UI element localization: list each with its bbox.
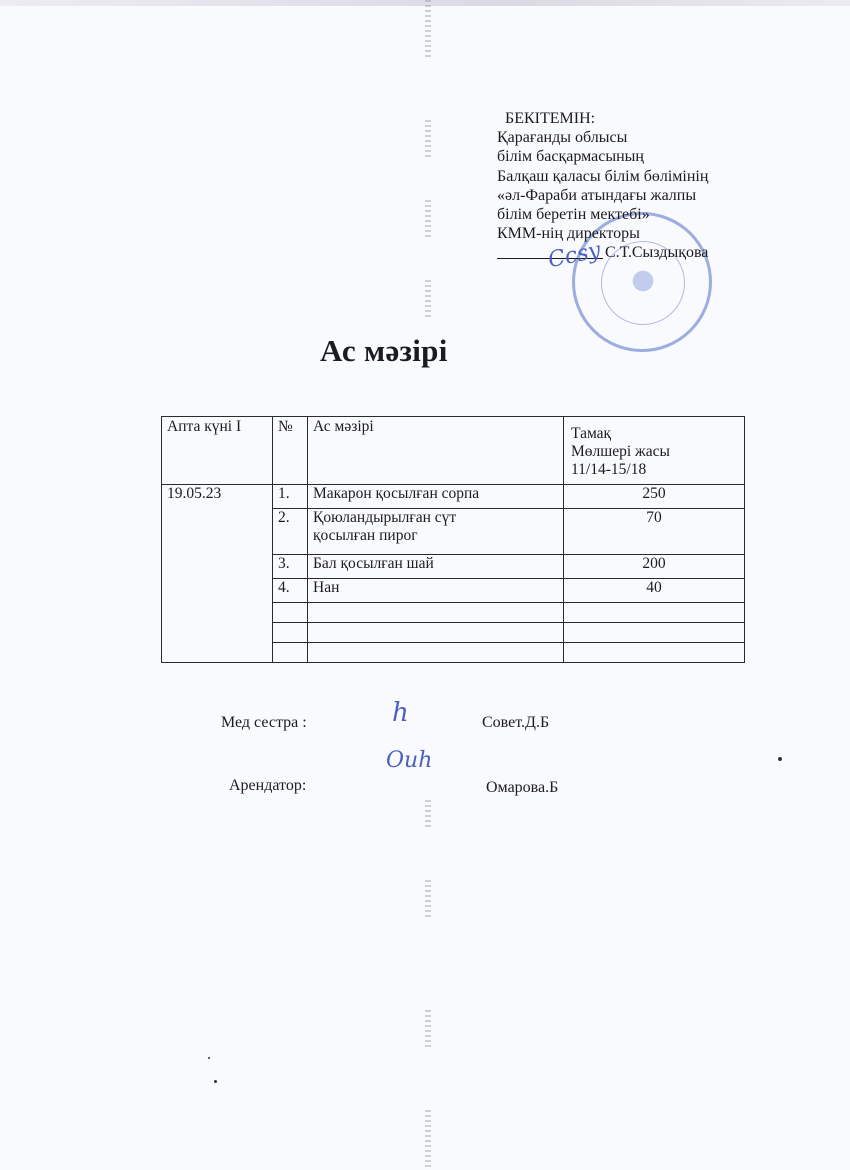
binding-marks [425,0,431,60]
binding-marks [425,280,431,320]
emblem-icon [625,263,661,299]
empty-cell [308,623,564,643]
empty-cell [273,643,308,663]
row-number: 4. [273,579,308,603]
approval-line: білім беретін мектебі» [497,205,708,224]
dish-name: Қоюландырылған сүт қосылған пирог [308,509,564,555]
row-number: 2. [273,509,308,555]
dish-amount: 200 [564,555,745,579]
nurse-label: Мед сестра : [221,714,307,732]
tenant-signature: Ouh [386,748,432,773]
binding-marks [425,120,431,160]
empty-cell [273,603,308,623]
approval-line: білім басқармасының [497,147,708,166]
tenant-name: Омарова.Б [486,779,558,797]
binding-marks [425,200,431,240]
header-portion-line: Тамақ [571,425,744,443]
empty-cell [308,643,564,663]
header-dish: Ас мәзірі [308,417,564,485]
menu-table: Апта күні І № Ас мәзірі Тамақ Мөлшері жа… [161,416,745,663]
scan-speck [778,757,782,761]
dish-name: Бал қосылған шай [308,555,564,579]
header-portion-line: 11/14-15/18 [571,461,744,479]
header-portion: Тамақ Мөлшері жасы 11/14-15/18 [564,417,745,485]
table-row: 19.05.23 1. Макарон қосылған сорпа 250 [162,485,745,509]
header-portion-line: Мөлшері жасы [571,443,744,461]
date-cell: 19.05.23 [162,485,273,663]
approval-line: КММ-нің директоры [497,224,708,243]
approval-line: Балқаш қаласы білім бөлімінің [497,167,708,186]
table-header-row: Апта күні І № Ас мәзірі Тамақ Мөлшері жа… [162,417,745,485]
nurse-signature: h [392,698,409,728]
empty-cell [273,623,308,643]
dish-amount: 70 [564,509,745,555]
empty-cell [308,603,564,623]
dish-name: Макарон қосылған сорпа [308,485,564,509]
approval-line: «әл-Фараби атындағы жалпы [497,186,708,205]
binding-marks [425,800,431,830]
row-number: 1. [273,485,308,509]
empty-cell [564,603,745,623]
binding-marks [425,1010,431,1050]
dish-amount: 40 [564,579,745,603]
nurse-name: Совет.Д.Б [482,714,549,732]
header-number: № [273,417,308,485]
approval-line: Қарағанды облысы [497,128,708,147]
row-number: 3. [273,555,308,579]
header-day: Апта күні І [162,417,273,485]
page-title: Ас мәзірі [320,333,448,369]
scan-speck [208,1057,210,1059]
dish-amount: 250 [564,485,745,509]
tenant-label: Арендатор: [229,777,306,795]
empty-cell [564,623,745,643]
scan-speck [214,1080,217,1083]
dish-name: Нан [308,579,564,603]
empty-cell [564,643,745,663]
approval-heading: БЕКІТЕМІН: [497,109,708,128]
approval-block: БЕКІТЕМІН: Қарағанды облысы білім басқар… [497,109,708,263]
director-name: С.Т.Сыздықова [605,244,708,261]
binding-marks [425,1110,431,1170]
binding-marks [425,880,431,920]
